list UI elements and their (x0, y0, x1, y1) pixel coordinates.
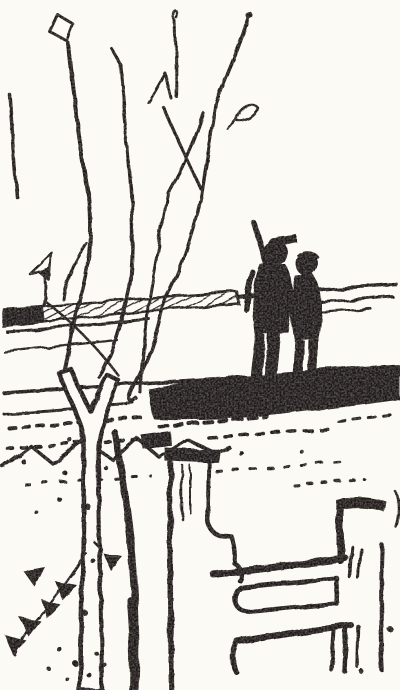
trunk-spot (93, 650, 97, 654)
foot (290, 379, 302, 386)
speck (56, 496, 61, 501)
pennant-stem (43, 276, 44, 303)
foot (263, 382, 277, 390)
bench-leg (343, 625, 345, 670)
speck (62, 470, 67, 475)
bench-leg (330, 626, 333, 668)
rail-dark-end (2, 306, 44, 325)
speck (238, 450, 243, 455)
bench-end-upright (380, 544, 382, 670)
torso (290, 273, 321, 340)
foot (306, 379, 318, 386)
ground-dot (102, 662, 106, 666)
ground-dot (46, 666, 50, 670)
illustration-page (0, 0, 400, 690)
trunk-spot (81, 609, 87, 615)
speck (102, 464, 106, 468)
bench-leg (356, 625, 357, 665)
side-branch-thick (130, 600, 133, 688)
speck (68, 438, 73, 443)
ground-dot (86, 672, 91, 677)
branch (174, 20, 175, 95)
right-leg (307, 338, 318, 381)
bud (245, 11, 252, 18)
speck (298, 448, 302, 452)
speck (34, 510, 38, 514)
ground-dot (56, 646, 61, 651)
bench-back-stick (358, 548, 360, 578)
trunk-spot (83, 502, 89, 508)
post-left-edge (169, 462, 170, 690)
speck (20, 458, 25, 463)
illustration-canvas (0, 0, 400, 690)
bench-back-stick (349, 546, 351, 576)
foot (245, 381, 259, 389)
trunk-spot (90, 558, 95, 563)
speck (74, 306, 78, 310)
bench-dot (386, 625, 392, 631)
ground-dot (71, 659, 77, 665)
ground-dot (64, 676, 68, 680)
leg-foot-dot (358, 668, 363, 673)
torso (252, 263, 292, 334)
